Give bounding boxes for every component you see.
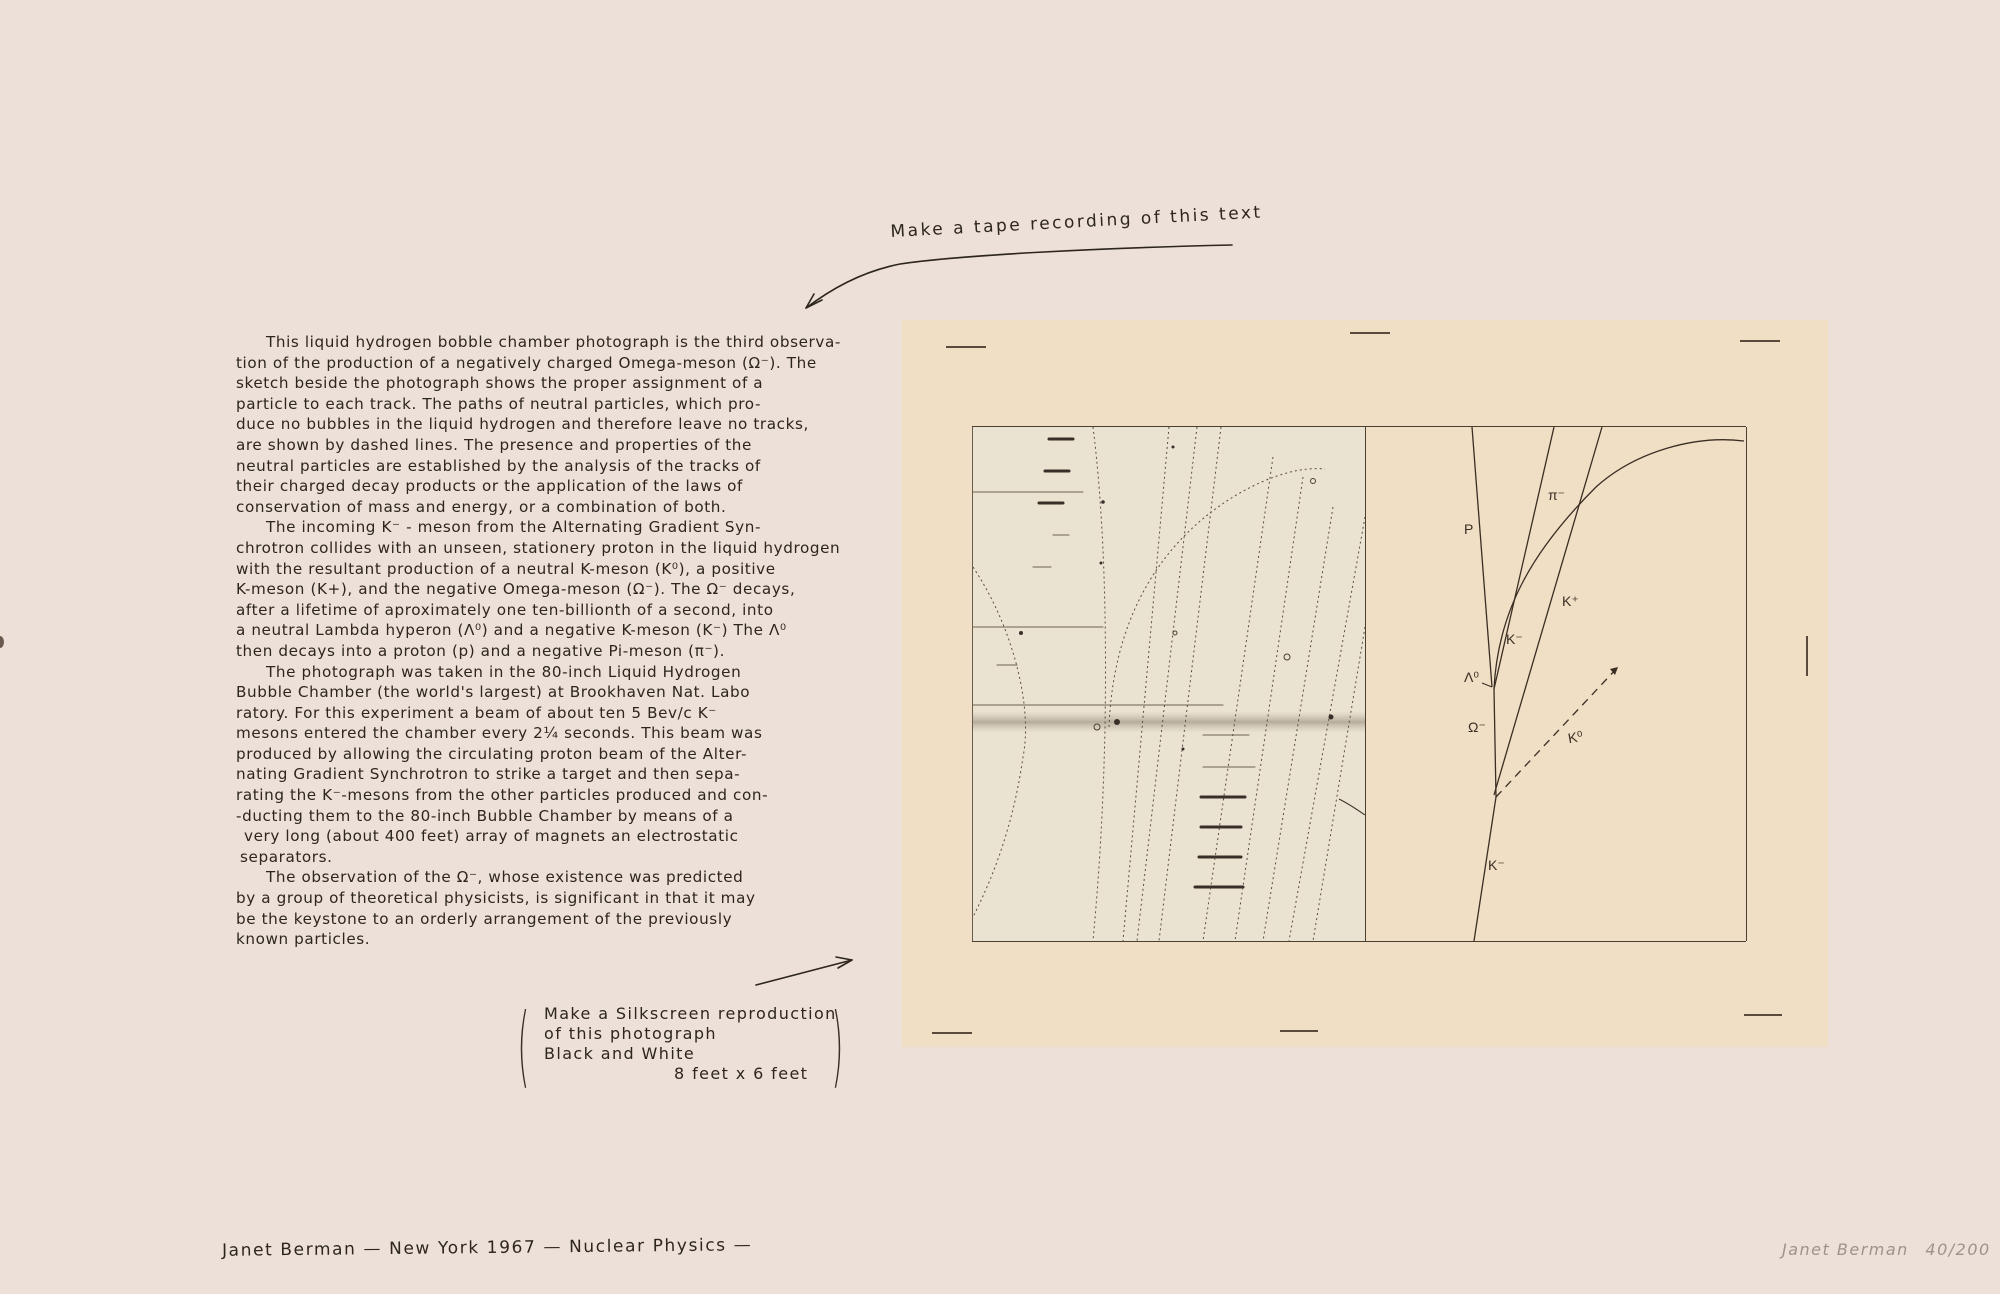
top-note-underline-arrow <box>806 245 1232 308</box>
bubble-tracks-image <box>973 427 1365 941</box>
label-k-plus: K⁺ <box>1562 593 1579 610</box>
label-k-minus-incoming: K⁻ <box>1488 857 1505 874</box>
silkscreen-note: ( Make a Silkscreen reproduction of this… <box>520 1000 850 1100</box>
crop-mark <box>1740 340 1780 342</box>
particle-tracks-diagram <box>1366 427 1746 941</box>
tape-recording-note: Make a tape recording of this text <box>890 203 1263 242</box>
paper-edge-mark <box>0 636 4 648</box>
label-k0: K⁰ <box>1567 728 1585 747</box>
artist-caption: Janet Berman — New York 1967 — Nuclear P… <box>222 1235 753 1261</box>
label-omega-minus: Ω⁻ <box>1468 719 1486 736</box>
label-pi-minus: π⁻ <box>1548 487 1565 504</box>
crop-mark <box>932 1032 972 1034</box>
left-parenthesis: ( <box>517 994 529 1097</box>
crop-mark <box>1350 332 1390 334</box>
label-k-minus-decay: K⁻ <box>1506 631 1523 648</box>
silkscreen-arrow <box>756 960 852 985</box>
edition-number: 40/200 <box>1925 1240 1990 1259</box>
arrowhead-top-icon <box>806 294 822 308</box>
crop-mark <box>1280 1030 1318 1032</box>
pi-minus-track <box>1494 440 1744 689</box>
proton-track <box>1472 427 1492 687</box>
label-proton: P <box>1464 521 1473 537</box>
arrowhead-right-icon <box>836 957 852 968</box>
handwritten-body-text: This liquid hydrogen bobble chamber phot… <box>236 332 876 950</box>
paragraph-3: The photograph was taken in the 80-inch … <box>236 662 876 868</box>
photo-and-sketch-frame: P π⁻ K⁺ K⁻ Λ⁰ Ω⁻ K⁰ K⁻ <box>972 426 1746 942</box>
paragraph-1: This liquid hydrogen bobble chamber phot… <box>236 332 876 517</box>
crop-mark <box>1744 1014 1782 1016</box>
bubble-chamber-photograph <box>972 427 1366 941</box>
paragraph-2: The incoming K⁻ - meson from the Alterna… <box>236 517 876 661</box>
pencil-signature: Janet Berman 40/200 <box>1782 1240 1991 1259</box>
label-lambda0: Λ⁰ <box>1464 669 1479 686</box>
print-plate: P π⁻ K⁺ K⁻ Λ⁰ Ω⁻ K⁰ K⁻ <box>902 320 1828 1047</box>
k0-dashed-track <box>1496 667 1618 797</box>
lambda-pointer-arrow <box>1482 683 1492 687</box>
crop-mark <box>946 346 986 348</box>
silkscreen-dimensions: 8 feet x 6 feet <box>544 1064 837 1084</box>
k-minus-decay-track <box>1494 427 1554 689</box>
track-assignment-sketch: P π⁻ K⁺ K⁻ Λ⁰ Ω⁻ K⁰ K⁻ <box>1366 427 1747 941</box>
paragraph-4: The observation of the Ω⁻, whose existen… <box>236 867 876 949</box>
crop-mark <box>1806 636 1808 676</box>
right-parenthesis: ) <box>831 994 843 1097</box>
signature-name: Janet Berman <box>1782 1240 1909 1259</box>
omega-minus-track <box>1494 689 1496 797</box>
